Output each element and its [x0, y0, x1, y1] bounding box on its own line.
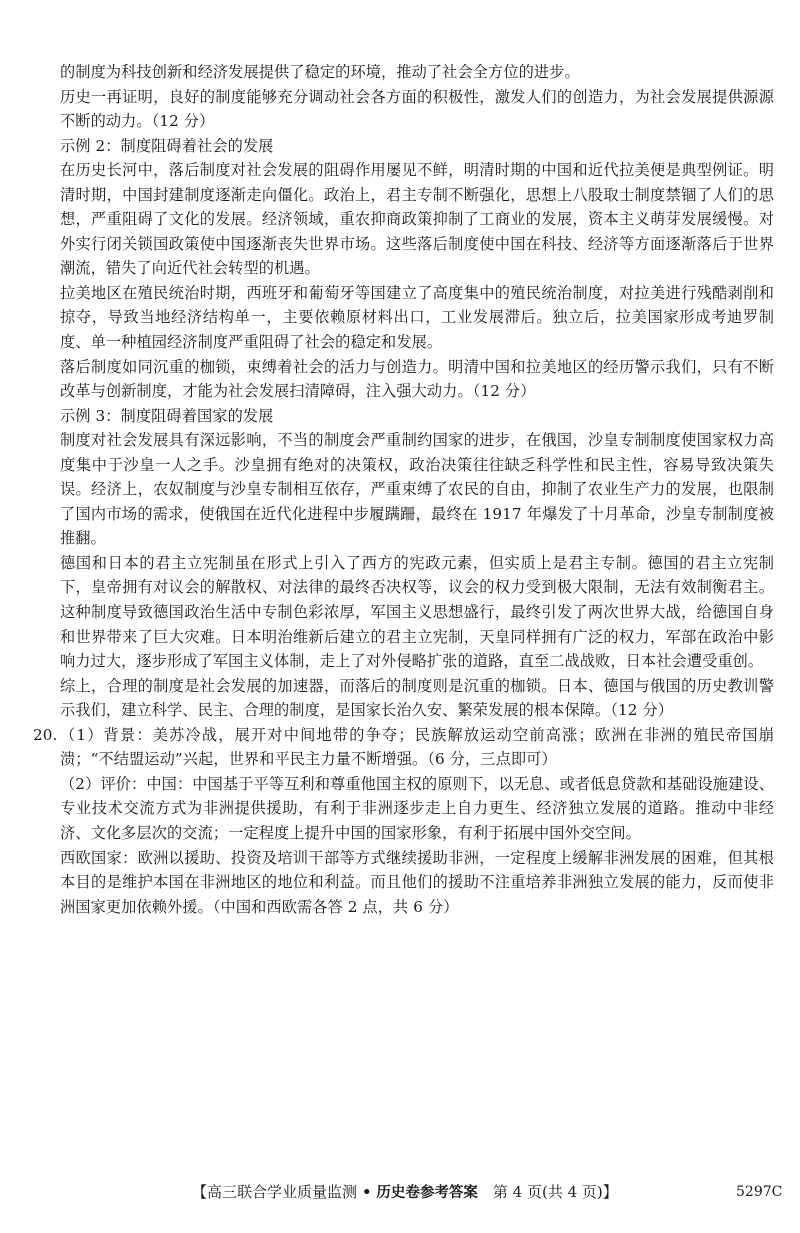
footer-bracket-close: 】: [603, 1183, 618, 1201]
question-20-part2-west-europe: 西欧国家：欧洲以援助、投资及培训干部等方式继续援助非洲，一定程度上缓解非洲发展的…: [60, 846, 774, 920]
question-20-part1-background: （1）背景：美苏冷战，展开对中间地带的争夺；民族解放运动空前高涨；欧洲在非洲的殖…: [60, 723, 774, 772]
footer-code: 5297C: [736, 1180, 782, 1204]
footer-title: 【高三联合学业质量监测 • 历史卷参考答案 第 4 页(共 4 页)】: [192, 1180, 618, 1205]
question-20-part2-china: （2）评价：中国：中国基于平等互利和尊重他国主权的原则下，以无息、或者低息贷款和…: [60, 772, 774, 846]
paragraph-conclusion-example2: 落后制度如同沉重的枷锁，束缚着社会的活力与创造力。明清中国和拉美地区的经历警示我…: [60, 355, 774, 404]
page-footer: 【高三联合学业质量监测 • 历史卷参考答案 第 4 页(共 4 页)】 5297…: [0, 1180, 800, 1204]
example-2-heading: 示例 2：制度阻碍着社会的发展: [60, 134, 774, 159]
paragraph-russia: 制度对社会发展具有深远影响，不当的制度会严重制约国家的进步，在俄国，沙皇专制制度…: [60, 428, 774, 551]
footer-bracket-open: 【: [192, 1183, 207, 1201]
footer-subject: 历史卷参考答案: [376, 1185, 478, 1201]
question-number: 20.: [33, 723, 57, 748]
paragraph-conclusion-example3: 综上，合理的制度是社会发展的加速器，而落后的制度则是沉重的枷锁。日本、德国与俄国…: [60, 674, 774, 723]
answer-key-page: 的制度为科技创新和经济发展提供了稳定的环境，推动了社会全方位的进步。 历史一再证…: [0, 0, 800, 1233]
footer-page-info: 第 4 页(共 4 页): [478, 1183, 603, 1201]
paragraph-conclusion-example1: 历史一再证明，良好的制度能够充分调动社会各方面的积极性，激发人们的创造力，为社会…: [60, 85, 774, 134]
question-20: 20. （1）背景：美苏冷战，展开对中间地带的争夺；民族解放运动空前高涨；欧洲在…: [60, 723, 774, 919]
example-3-heading: 示例 3：制度阻碍着国家的发展: [60, 404, 774, 429]
paragraph-ming-qing: 在历史长河中，落后制度对社会发展的阻碍作用屡见不鲜，明清时期的中国和近代拉美便是…: [60, 158, 774, 281]
footer-separator: •: [357, 1185, 376, 1201]
paragraph-continuation: 的制度为科技创新和经济发展提供了稳定的环境，推动了社会全方位的进步。: [60, 60, 774, 85]
paragraph-latin-america: 拉美地区在殖民统治时期，西班牙和葡萄牙等国建立了高度集中的殖民统治制度，对拉美进…: [60, 281, 774, 355]
footer-exam-name: 高三联合学业质量监测: [207, 1183, 357, 1201]
document-body: 的制度为科技创新和经济发展提供了稳定的环境，推动了社会全方位的进步。 历史一再证…: [60, 60, 774, 919]
paragraph-germany-japan: 德国和日本的君主立宪制虽在形式上引入了西方的宪政元素，但实质上是君主专制。德国的…: [60, 551, 774, 674]
